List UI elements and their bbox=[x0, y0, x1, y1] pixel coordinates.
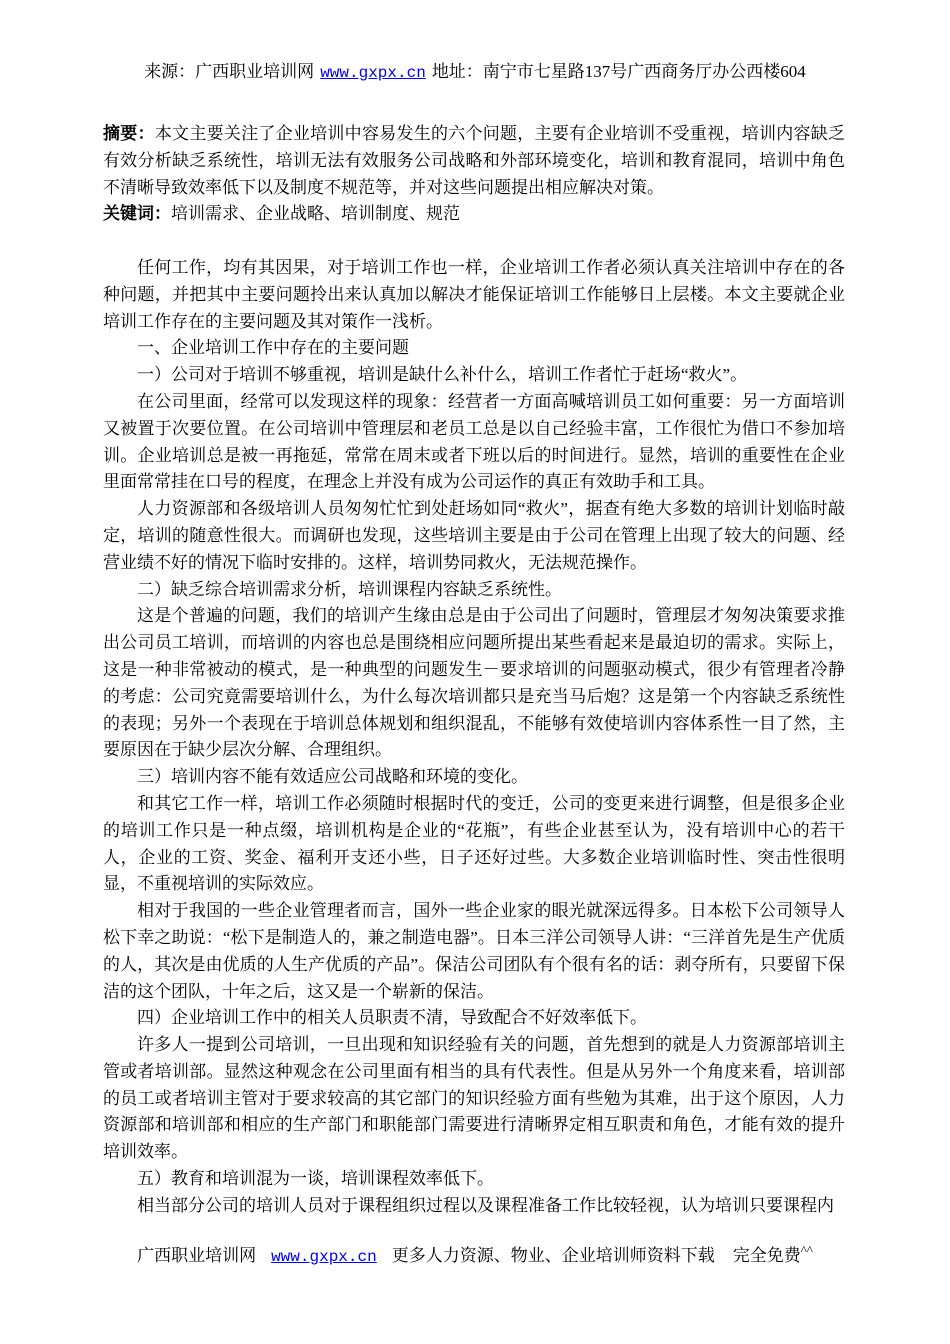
abstract-text: 本文主要关注了企业培训中容易发生的六个问题，主要有企业培训不受重视，培训内容缺乏… bbox=[103, 124, 845, 197]
document-page: 来源：广西职业培训网www.gxpx.cn地址：南宁市七星路137号广西商务厅办… bbox=[0, 0, 950, 1344]
section-heading-1: 一、企业培训工作中存在的主要问题 bbox=[103, 335, 845, 362]
footer-tagline: 更多人力资源、物业、企业培训师资料下载 bbox=[392, 1246, 715, 1265]
footer-site-link[interactable]: www.gxpx.cn bbox=[271, 1248, 377, 1266]
subsection-heading-2: 二）缺乏综合培训需求分析，培训课程内容缺乏系统性。 bbox=[103, 577, 845, 604]
subsection-heading-3: 三）培训内容不能有效适应公司战略和环境的变化。 bbox=[103, 764, 845, 791]
document-header: 来源：广西职业培训网www.gxpx.cn地址：南宁市七星路137号广西商务厅办… bbox=[0, 60, 950, 85]
blank-line bbox=[103, 228, 845, 255]
body-paragraph: 人力资源部和各级培训人员匆匆忙忙到处赶场如同“救火”，据查有绝大多数的培训计划临… bbox=[103, 496, 845, 576]
subsection-heading-1: 一）公司对于培训不够重视，培训是缺什么补什么，培训工作者忙于赶场“救火”。 bbox=[103, 362, 845, 389]
footer-site-name: 广西职业培训网 bbox=[137, 1246, 256, 1265]
body-paragraph: 相当部分公司的培训人员对于课程组织过程以及课程准备工作比较轻视，认为培训只要课程… bbox=[103, 1193, 845, 1220]
header-source-label: 来源：广西职业培训网 bbox=[144, 62, 314, 81]
body-paragraph: 这是个普遍的问题，我们的培训产生缘由总是由于公司出了问题时，管理层才匆匆决策要求… bbox=[103, 603, 845, 764]
abstract-label: 摘要： bbox=[103, 124, 155, 143]
article-body: 摘要：本文主要关注了企业培训中容易发生的六个问题，主要有企业培训不受重视，培训内… bbox=[103, 121, 845, 1220]
abstract-paragraph: 摘要：本文主要关注了企业培训中容易发生的六个问题，主要有企业培训不受重视，培训内… bbox=[103, 121, 845, 201]
keywords-text: 培训需求、企业战略、培训制度、规范 bbox=[171, 204, 460, 223]
body-paragraph: 相对于我国的一些企业管理者而言，国外一些企业家的眼光就深远得多。日本松下公司领导… bbox=[103, 898, 845, 1005]
keywords-paragraph: 关键词：培训需求、企业战略、培训制度、规范 bbox=[103, 201, 845, 228]
subsection-heading-5: 五）教育和培训混为一谈，培训课程效率低下。 bbox=[103, 1166, 845, 1193]
subsection-heading-4: 四）企业培训工作中的相关人员职责不清，导致配合不好效率低下。 bbox=[103, 1005, 845, 1032]
body-paragraph: 在公司里面，经常可以发现这样的现象：经营者一方面高喊培训员工如何重要：另一方面培… bbox=[103, 389, 845, 496]
footer-free-mark: ^^ bbox=[801, 1242, 813, 1257]
header-address: 地址：南宁市七星路137号广西商务厅办公西楼604 bbox=[432, 62, 806, 81]
body-paragraph: 和其它工作一样，培训工作必须随时根据时代的变迁，公司的变更来进行调整，但是很多企… bbox=[103, 791, 845, 898]
keywords-label: 关键词： bbox=[103, 204, 171, 223]
body-paragraph: 任何工作，均有其因果，对于培训工作也一样，企业培训工作者必须认真关注培训中存在的… bbox=[103, 255, 845, 335]
footer-free-note: 完全免费^^ bbox=[733, 1246, 813, 1265]
header-site-link[interactable]: www.gxpx.cn bbox=[320, 64, 426, 82]
body-paragraph: 许多人一提到公司培训，一旦出现和知识经验有关的问题，首先想到的就是人力资源部培训… bbox=[103, 1032, 845, 1166]
document-footer: 广西职业培训网www.gxpx.cn更多人力资源、物业、企业培训师资料下载完全免… bbox=[0, 1238, 950, 1269]
